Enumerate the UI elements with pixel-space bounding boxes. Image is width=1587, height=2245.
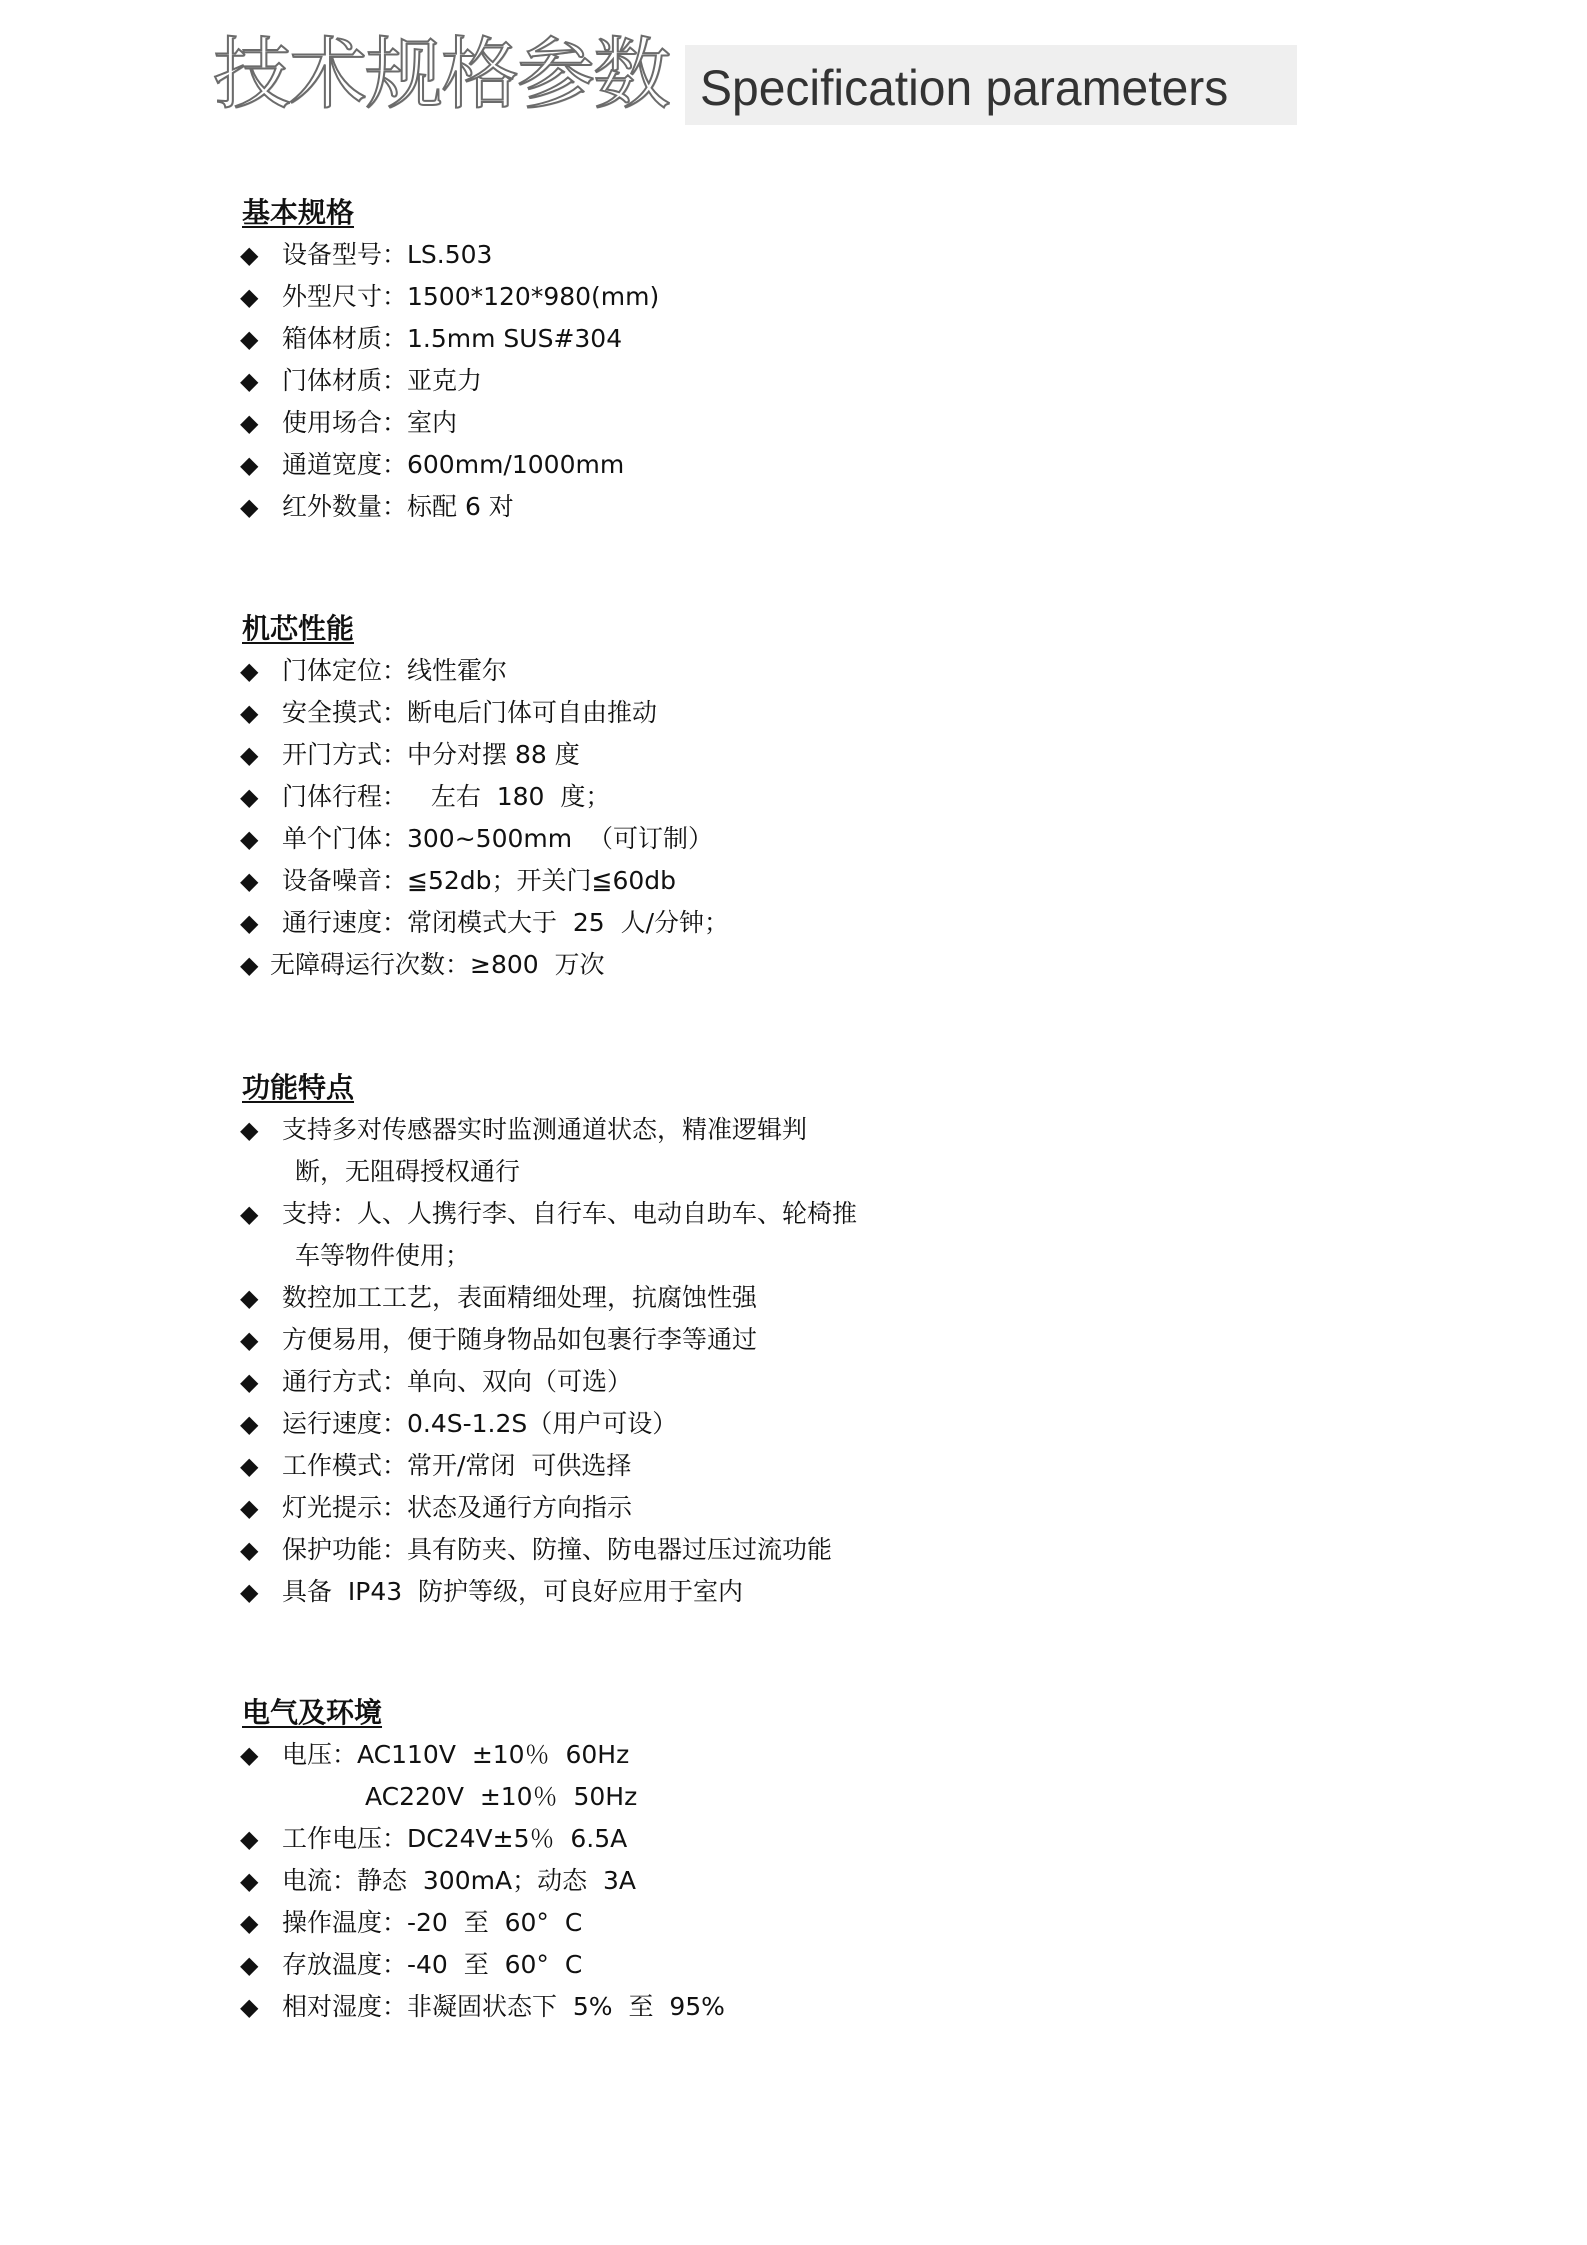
list-item: ◆支持：人、人携行李、自行车、电动自助车、轮椅推 <box>240 1193 857 1235</box>
list-item: ◆通行方式：单向、双向（可选） <box>240 1361 857 1403</box>
list-item: ◆使用场合：室内 <box>240 402 659 444</box>
diamond-bullet-icon: ◆ <box>240 650 282 692</box>
section-heading: 电气及环境 <box>242 1692 725 1734</box>
section-core-performance: 机芯性能 ◆门体定位：线性霍尔 ◆安全摸式：断电后门体可自由推动 ◆开门方式：中… <box>240 608 729 986</box>
diamond-bullet-icon: ◆ <box>240 318 282 360</box>
section-heading: 功能特点 <box>242 1067 857 1109</box>
diamond-bullet-icon: ◆ <box>240 1109 282 1151</box>
diamond-bullet-icon: ◆ <box>240 360 282 402</box>
section-electrical-environment: 电气及环境 ◆电压：AC110V ±10％ 60Hz AC220V ±10％ 5… <box>240 1692 725 2028</box>
diamond-bullet-icon: ◆ <box>240 860 282 902</box>
list-item: ◆工作模式：常开/常闭 可供选择 <box>240 1445 857 1487</box>
diamond-bullet-icon: ◆ <box>240 1277 282 1319</box>
list-item: ◆具备 IP43 防护等级，可良好应用于室内 <box>240 1571 857 1613</box>
diamond-bullet-icon: ◆ <box>240 818 282 860</box>
diamond-bullet-icon: ◆ <box>240 734 282 776</box>
diamond-bullet-icon: ◆ <box>240 776 282 818</box>
list-item: ◆门体定位：线性霍尔 <box>240 650 729 692</box>
diamond-bullet-icon: ◆ <box>240 1529 282 1571</box>
list-item-continuation: AC220V ±10％ 50Hz <box>240 1776 725 1818</box>
list-item-continuation: 车等物件使用； <box>240 1235 857 1277</box>
list-item: ◆方便易用，便于随身物品如包裹行李等通过 <box>240 1319 857 1361</box>
section-heading: 机芯性能 <box>242 608 729 650</box>
list-item: ◆灯光提示：状态及通行方向指示 <box>240 1487 857 1529</box>
diamond-bullet-icon: ◆ <box>240 486 282 528</box>
list-item: ◆运行速度：0.4S-1.2S（用户可设） <box>240 1403 857 1445</box>
diamond-bullet-icon: ◆ <box>240 1361 282 1403</box>
diamond-bullet-icon: ◆ <box>240 1902 282 1944</box>
list-item: ◆设备型号：LS.503 <box>240 234 659 276</box>
diamond-bullet-icon: ◆ <box>240 276 282 318</box>
list-item: ◆门体行程： 左右 180 度； <box>240 776 729 818</box>
diamond-bullet-icon: ◆ <box>240 402 282 444</box>
title-chinese: 技术规格参数 <box>213 30 669 120</box>
section-heading: 基本规格 <box>242 192 659 234</box>
list-item: ◆支持多对传感器实时监测通道状态，精准逻辑判 <box>240 1109 857 1151</box>
list-item: ◆设备噪音：≦52db；开关门≦60db <box>240 860 729 902</box>
list-item: ◆安全摸式：断电后门体可自由推动 <box>240 692 729 734</box>
diamond-bullet-icon: ◆ <box>240 1487 282 1529</box>
diamond-bullet-icon: ◆ <box>240 1403 282 1445</box>
list-item: ◆通行速度：常闭模式大于 25 人/分钟； <box>240 902 729 944</box>
diamond-bullet-icon: ◆ <box>240 444 282 486</box>
diamond-bullet-icon: ◆ <box>240 1445 282 1487</box>
list-item: ◆工作电压：DC24V±5％ 6.5A <box>240 1818 725 1860</box>
list-item: ◆电流：静态 300mA；动态 3A <box>240 1860 725 1902</box>
diamond-bullet-icon: ◆ <box>240 902 282 944</box>
diamond-bullet-icon: ◆ <box>240 1986 282 2028</box>
diamond-bullet-icon: ◆ <box>240 1734 282 1776</box>
list-item: ◆红外数量：标配 6 对 <box>240 486 659 528</box>
list-item: ◆门体材质：亚克力 <box>240 360 659 402</box>
list-item: ◆外型尺寸：1500*120*980(mm) <box>240 276 659 318</box>
section-basic-specs: 基本规格 ◆设备型号：LS.503 ◆外型尺寸：1500*120*980(mm)… <box>240 192 659 528</box>
diamond-bullet-icon: ◆ <box>240 1818 282 1860</box>
list-item: ◆无障碍运行次数：≥800 万次 <box>240 944 729 986</box>
list-item: ◆箱体材质：1.5mm SUS#304 <box>240 318 659 360</box>
list-item: ◆数控加工工艺，表面精细处理，抗腐蚀性强 <box>240 1277 857 1319</box>
list-item: ◆相对湿度：非凝固状态下 5% 至 95% <box>240 1986 725 2028</box>
list-item: ◆存放温度：-40 至 60° C <box>240 1944 725 1986</box>
list-item: ◆单个门体：300~500mm （可订制） <box>240 818 729 860</box>
diamond-bullet-icon: ◆ <box>240 1860 282 1902</box>
list-item-continuation: 断，无阻碍授权通行 <box>240 1151 857 1193</box>
diamond-bullet-icon: ◆ <box>240 1319 282 1361</box>
section-features: 功能特点 ◆支持多对传感器实时监测通道状态，精准逻辑判 断，无阻碍授权通行 ◆支… <box>240 1067 857 1613</box>
diamond-bullet-icon: ◆ <box>240 1193 282 1235</box>
list-item: ◆通道宽度：600mm/1000mm <box>240 444 659 486</box>
diamond-bullet-icon: ◆ <box>240 234 282 276</box>
list-item: ◆保护功能：具有防夹、防撞、防电器过压过流功能 <box>240 1529 857 1571</box>
list-item: ◆电压：AC110V ±10％ 60Hz <box>240 1734 725 1776</box>
diamond-bullet-icon: ◆ <box>240 1944 282 1986</box>
diamond-bullet-icon: ◆ <box>240 1571 282 1613</box>
diamond-bullet-icon: ◆ <box>240 944 270 986</box>
list-item: ◆操作温度：-20 至 60° C <box>240 1902 725 1944</box>
list-item: ◆开门方式：中分对摆 88 度 <box>240 734 729 776</box>
diamond-bullet-icon: ◆ <box>240 692 282 734</box>
title-english: Specification parameters <box>700 58 1228 118</box>
